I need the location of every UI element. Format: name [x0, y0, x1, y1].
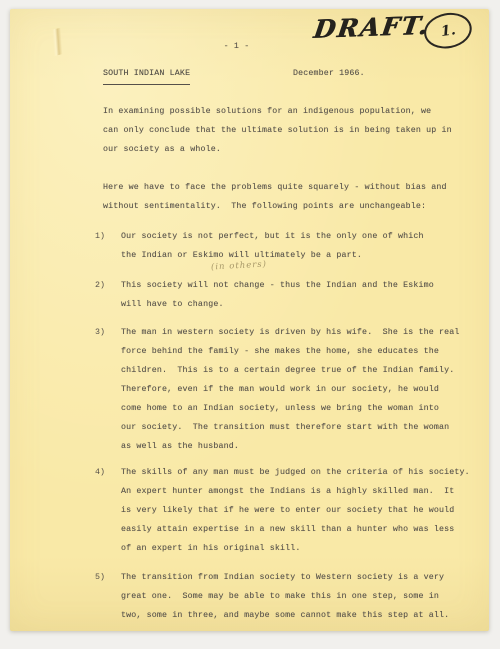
- document-title: SOUTH INDIAN LAKE: [103, 64, 190, 85]
- point-text: The man in western society is driven by …: [121, 323, 460, 456]
- point-text: The skills of any man must be judged on …: [121, 463, 470, 558]
- paper-sheet: DRAFT. 1. - 1 - SOUTH INDIAN LAKE Decemb…: [10, 9, 489, 631]
- point-number: 4): [95, 463, 105, 482]
- handwritten-insertion: (in others): [211, 260, 267, 273]
- page-number: - 1 -: [0, 37, 476, 56]
- numbered-point-4: 4) The skills of any man must be judged …: [95, 463, 470, 558]
- intro-paragraph-2: Here we have to face the problems quite …: [103, 178, 447, 216]
- point-number: 3): [95, 323, 105, 342]
- intro-paragraph-1: In examining possible solutions for an i…: [103, 102, 452, 159]
- document-date: December 1966.: [293, 64, 365, 83]
- point-text: The transition from Indian society to We…: [121, 568, 449, 625]
- point-text: This society will not change - thus the …: [121, 276, 434, 314]
- numbered-point-2: 2) (in others) This society will not cha…: [95, 276, 434, 314]
- point-number: 1): [95, 227, 105, 246]
- point-number: 2): [95, 276, 105, 295]
- numbered-point-5: 5) The transition from Indian society to…: [95, 568, 449, 625]
- point-number: 5): [95, 568, 105, 587]
- numbered-point-3: 3) The man in western society is driven …: [95, 323, 460, 456]
- point-text: Our society is not perfect, but it is th…: [121, 227, 424, 265]
